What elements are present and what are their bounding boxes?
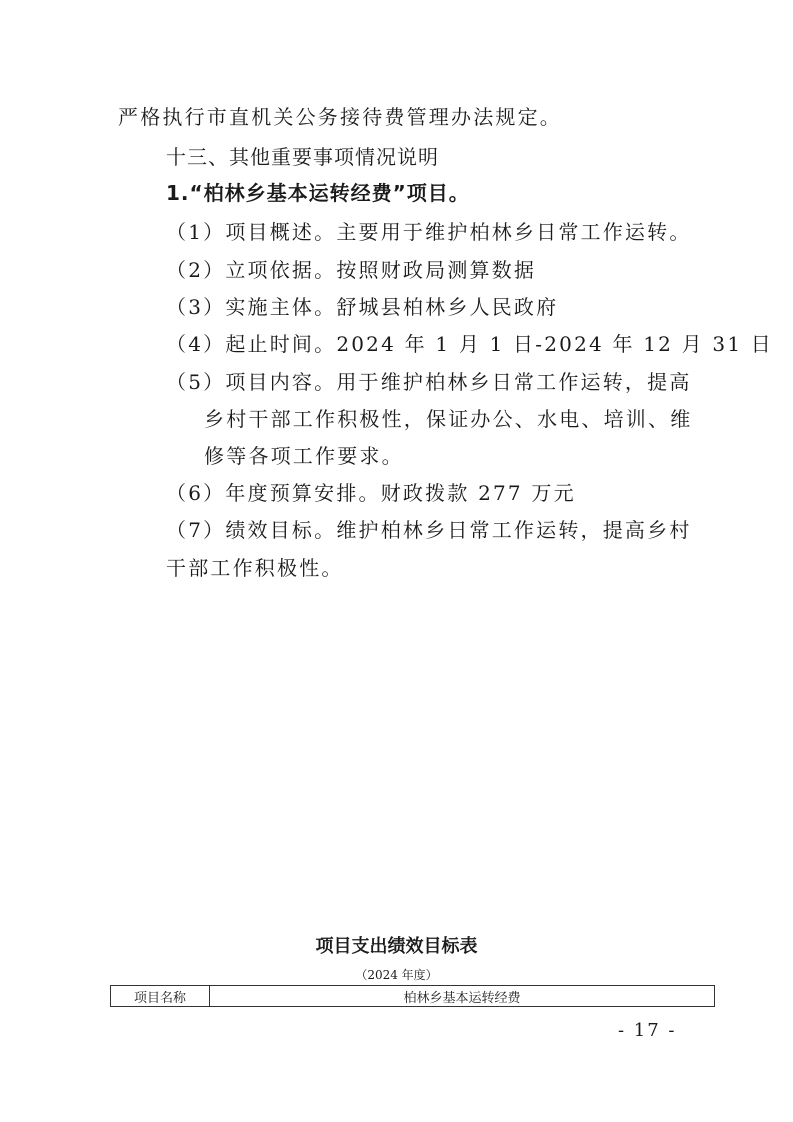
table-row: 项目名称 柏林乡基本运转经费 [111, 986, 715, 1007]
paragraph-item-6: （6）年度预算安排。财政拨款 277 万元 [166, 481, 576, 505]
paragraph-item-7: （7）绩效目标。维护柏林乡日常工作运转，提高乡村 [166, 518, 692, 542]
section-heading: 十三、其他重要事项情况说明 [166, 145, 439, 169]
paragraph-item-5: （5）项目内容。用于维护柏林乡日常工作运转，提高 [166, 370, 692, 394]
page-number: - 17 - [618, 1020, 677, 1041]
paragraph-item-2: （2）立项依据。按照财政局测算数据 [166, 258, 536, 282]
table-cell-label: 项目名称 [111, 986, 210, 1007]
paragraph-item-4: （4）起止时间。2024 年 1 月 1 日-2024 年 12 月 31 日 [166, 332, 773, 356]
paragraph-item-7-cont: 干部工作积极性。 [166, 556, 344, 580]
table-title: 项目支出绩效目标表 [0, 932, 793, 958]
performance-table: 项目名称 柏林乡基本运转经费 [110, 985, 715, 1007]
table-subtitle: （2024 年度） [0, 966, 793, 983]
table-cell-value: 柏林乡基本运转经费 [210, 986, 715, 1007]
paragraph-item-5-cont: 乡村干部工作积极性，保证办公、水电、培训、维 [204, 407, 692, 431]
paragraph-item-1: （1）项目概述。主要用于维护柏林乡日常工作运转。 [166, 220, 692, 244]
item-heading: 1.“柏林乡基本运转经费”项目。 [166, 181, 470, 205]
paragraph-line: 严格执行市直机关公务接待费管理办法规定。 [118, 105, 562, 129]
paragraph-item-3: （3）实施主体。舒城县柏林乡人民政府 [166, 295, 558, 319]
paragraph-item-5-cont: 修等各项工作要求。 [204, 444, 404, 468]
